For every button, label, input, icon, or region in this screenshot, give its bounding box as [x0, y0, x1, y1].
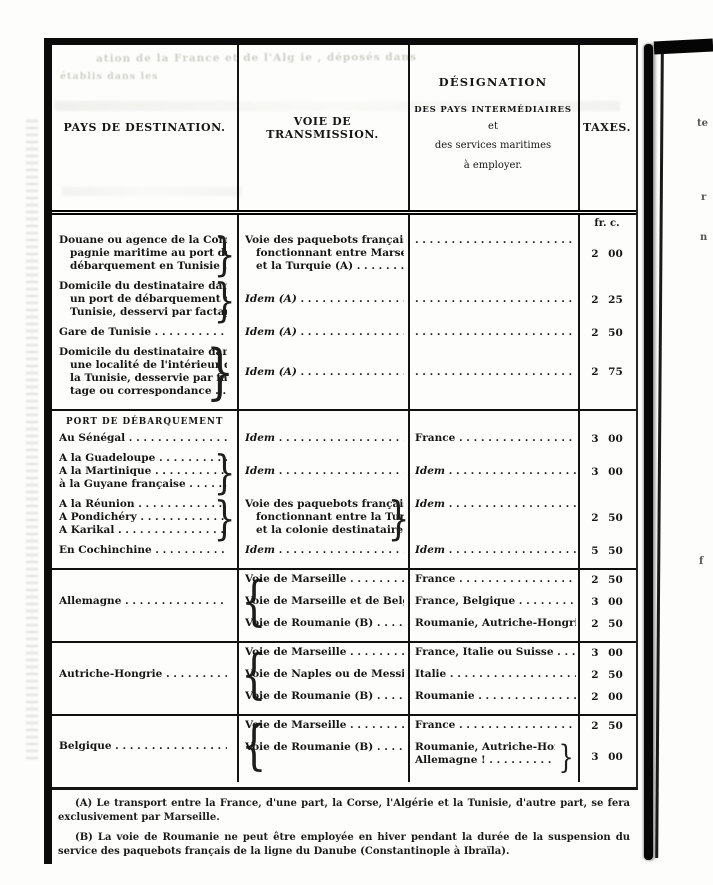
cell-text: France, Belgique	[415, 595, 515, 607]
pays-lines: Idem . . . . . . . . . . . . . . . . . .…	[415, 498, 576, 511]
row-subentries: Voie des paquebots françaisfonctionnant …	[237, 498, 636, 537]
brace-icon: }	[213, 277, 235, 323]
voie-line: Idem . . . . . . . . . . . . . . . . . .…	[245, 465, 404, 478]
cell-text: Voie de Roumanie (B)	[245, 741, 373, 753]
cell-text: fonctionnant entre Marseille	[256, 247, 404, 259]
cell-text: Idem	[415, 544, 445, 556]
next-page-top-border	[654, 38, 713, 54]
pays-lines: Idem . . . . . . . . . . . . . . . . . .…	[415, 544, 576, 557]
dot-leader: . . . . . . . . . . . . . . . . . . . . …	[162, 668, 227, 680]
row-subentries: {Voie de Marseille . . . . . . . . . . .…	[237, 573, 636, 630]
sub-row: Idem (A) . . . . . . . . . . . . . . . .…	[237, 366, 636, 379]
cell-text: tage ou correspondance	[70, 385, 212, 397]
taxe-value: 2 50	[578, 720, 636, 732]
dot-leader: . . . . . . . . . . . . . . . . . . . . …	[152, 544, 227, 556]
cell-text: Voie des paquebots français	[245, 234, 404, 246]
brace-icon: }	[213, 449, 235, 495]
sub-row: Idem . . . . . . . . . . . . . . . . . .…	[237, 432, 636, 445]
dot-leader: . . . . . . . . . . . . . . . . . . . . …	[515, 595, 576, 607]
pays-line: France, Italie ou Suisse . . . . . . . .…	[415, 646, 576, 659]
header-designation: DÉSIGNATION DES PAYS INTERMÉDIAIRES et d…	[408, 45, 578, 210]
row-subentries: Idem . . . . . . . . . . . . . . . . . .…	[237, 452, 636, 491]
table-section: Allemagne . . . . . . . . . . . . . . . …	[52, 568, 636, 641]
dot-leader: . . . . . . . . . . . . . . . . . . . . …	[373, 617, 404, 629]
destination-line: tage ou correspondance . . . . . . . . .…	[59, 385, 227, 398]
next-page-letter: n	[700, 232, 707, 243]
cell-text: fonctionnant entre la Turquie	[256, 511, 404, 523]
cell-text: Voie de Marseille	[245, 573, 346, 585]
pays-cell: Roumanie, Autriche-Hongrie,Allemagne ! .…	[408, 741, 578, 773]
sub-row: Voie de Roumanie (B) . . . . . . . . . .…	[237, 617, 636, 630]
cell-text: Voie de Roumanie (B)	[245, 617, 373, 629]
cell-text: Au Sénégal	[59, 432, 125, 444]
pays-line: France . . . . . . . . . . . . . . . . .…	[415, 432, 576, 445]
dot-leader: . . . . . . . . . . . . . . . . . . . . …	[373, 690, 404, 702]
footnotes: (A) Le transport entre la France, d'une …	[58, 797, 630, 865]
destination-line: Tunisie, desservi par factage.	[59, 306, 227, 319]
taxe-value: 5 50	[578, 545, 636, 557]
dot-leader: . . . . . . . . . . . . . . . . . . . . …	[297, 293, 404, 305]
sub-row: Idem . . . . . . . . . . . . . . . . . .…	[237, 465, 636, 478]
row-subentries: Idem (A) . . . . . . . . . . . . . . . .…	[237, 280, 636, 319]
destination-cell: Autriche-Hongrie . . . . . . . . . . . .…	[52, 646, 237, 703]
cell-text: Idem (A)	[245, 366, 297, 378]
cell-text: Italie	[415, 668, 446, 680]
row-subentries: {Voie de Marseille . . . . . . . . . . .…	[237, 646, 636, 703]
voie-line: Voie de Marseille . . . . . . . . . . . …	[245, 719, 404, 732]
voie-cell: Voie de Roumanie (B) . . . . . . . . . .…	[237, 741, 408, 754]
voie-line: fonctionnant entre la Turquie	[245, 511, 404, 524]
cell-text: Roumanie, Autriche-Hongrie,	[415, 741, 555, 753]
voie-cell: Idem . . . . . . . . . . . . . . . . . .…	[237, 465, 408, 478]
dot-leader: . . . . . . . . . . . . . . . . . . . . …	[121, 595, 227, 607]
pays-line: Idem . . . . . . . . . . . . . . . . . .…	[415, 544, 576, 557]
voie-line: Voie de Roumanie (B) . . . . . . . . . .…	[245, 690, 404, 703]
pays-cell: France, Italie ou Suisse . . . . . . . .…	[408, 646, 578, 659]
table-row: Au Sénégal . . . . . . . . . . . . . . .…	[52, 432, 636, 445]
voie-line: Voie de Marseille . . . . . . . . . . . …	[245, 573, 404, 586]
voie-line: Voie de Roumanie (B) . . . . . . . . . .…	[245, 741, 404, 754]
dot-leader: . . . . . . . . . . . . . . . . . . . . …	[445, 465, 576, 477]
taxe-value: 3 00	[578, 751, 636, 763]
row-subentries: Idem . . . . . . . . . . . . . . . . . .…	[237, 432, 636, 445]
taxe-value: 2 00	[578, 691, 636, 703]
dot-leader: . . . . . . . . . . . . . . . . . . . . …	[446, 668, 576, 680]
pays-cell: Idem . . . . . . . . . . . . . . . . . .…	[408, 544, 578, 557]
row-subentries: Idem . . . . . . . . . . . . . . . . . .…	[237, 544, 636, 557]
cell-text: la Tunisie, desservie par fac-	[70, 372, 227, 384]
cell-text: Douane ou agence de la Com-	[59, 234, 227, 246]
pays-line: France . . . . . . . . . . . . . . . . .…	[415, 573, 576, 586]
dot-leader: . . . . . . . . . . . . . . . . . . . . …	[297, 326, 404, 338]
cell-text: pagnie maritime au port de	[70, 247, 227, 259]
table-row: Gare de Tunisie . . . . . . . . . . . . …	[52, 326, 636, 339]
pays-line: Roumanie . . . . . . . . . . . . . . . .…	[415, 690, 576, 703]
pays-lines: Italie . . . . . . . . . . . . . . . . .…	[415, 668, 576, 681]
sub-row: Voie des paquebots françaisfonctionnant …	[237, 234, 636, 273]
taxe-value: 2 25	[578, 294, 636, 306]
cell-text: A la Réunion	[59, 498, 135, 510]
taxe-value: 2 50	[578, 574, 636, 586]
table-row: A la Guadeloupe . . . . . . . . . . . . …	[52, 452, 636, 491]
table-row: Douane ou agence de la Com-pagnie mariti…	[52, 234, 636, 273]
taxe-value: 2 50	[578, 669, 636, 681]
taxe-value: 2 50	[578, 512, 636, 524]
pays-line: France . . . . . . . . . . . . . . . . .…	[415, 719, 576, 732]
pays-lines: . . . . . . . . . . . . . . . . . . . . …	[415, 326, 576, 339]
voie-line: Voie des paquebots français	[245, 234, 404, 247]
tariff-table: PAYS DE DESTINATION. VOIE DE TRANSMISSIO…	[44, 38, 638, 790]
destination-line: A Pondichéry . . . . . . . . . . . . . .…	[59, 511, 227, 524]
cell-text: Idem	[415, 465, 445, 477]
cell-text: débarquement en Tunisie	[70, 260, 220, 272]
cell-text: Gare de Tunisie	[59, 326, 151, 338]
table-section: PORT DE DÉBARQUEMENT :Au Sénégal . . . .…	[52, 409, 636, 568]
table-section: Autriche-Hongrie . . . . . . . . . . . .…	[52, 641, 636, 714]
dot-leader: . . . . . . . . . . . . . . . . . . . . …	[275, 432, 404, 444]
taxe-value: 2 50	[578, 327, 636, 339]
voie-line: et la colonie destinataire . . . . . . .…	[245, 524, 404, 537]
brace-icon: }	[213, 231, 235, 277]
voie-line: Idem (A) . . . . . . . . . . . . . . . .…	[245, 293, 404, 306]
pays-lines: France . . . . . . . . . . . . . . . . .…	[415, 719, 576, 732]
cell-text: à la Guyane française	[59, 478, 186, 490]
destination-cell: Allemagne . . . . . . . . . . . . . . . …	[52, 573, 237, 630]
dot-leader: . . . . . . . . . . . . . . . . . . . . …	[373, 741, 404, 753]
cell-text: A la Martinique	[59, 465, 151, 477]
pays-cell: France . . . . . . . . . . . . . . . . .…	[408, 432, 578, 445]
cell-text: Voie de Marseille	[245, 646, 346, 658]
dot-leader: . . . . . . . . . . . . . . . . . . . . …	[415, 326, 576, 338]
header-label: TAXES.	[583, 121, 631, 134]
pays-cell: Roumanie . . . . . . . . . . . . . . . .…	[408, 690, 578, 703]
cell-text: et la Turquie (A)	[256, 260, 353, 272]
cell-text: France, Italie ou Suisse	[415, 646, 554, 658]
voie-cell: Idem (A) . . . . . . . . . . . . . . . .…	[237, 293, 408, 306]
voie-line: Idem . . . . . . . . . . . . . . . . . .…	[245, 432, 404, 445]
pays-line: Idem . . . . . . . . . . . . . . . . . .…	[415, 465, 576, 478]
dot-leader: . . . . . . . . . . . . . . . . . . . . …	[415, 366, 576, 378]
destination-line: Gare de Tunisie . . . . . . . . . . . . …	[59, 326, 227, 339]
pays-cell: . . . . . . . . . . . . . . . . . . . . …	[408, 366, 578, 379]
voie-line: Voie de Naples ou de Messine.	[245, 668, 404, 681]
destination-line: pagnie maritime au port de	[59, 247, 227, 260]
dot-leader: . . . . . . . . . . . . . . . . . . . . …	[455, 432, 576, 444]
pays-lines: France, Belgique . . . . . . . . . . . .…	[415, 595, 576, 608]
cell-text: A la Guadeloupe	[59, 452, 155, 464]
destination-line: A Karikal . . . . . . . . . . . . . . . …	[59, 524, 227, 537]
next-page-left-border	[655, 54, 663, 858]
pays-line: France, Belgique . . . . . . . . . . . .…	[415, 595, 576, 608]
header-label: DES PAYS INTERMÉDIAIRES	[414, 105, 572, 115]
voie-cell: Voie de Naples ou de Messine.	[237, 668, 408, 681]
voie-line: et la Turquie (A) . . . . . . . . . . . …	[245, 260, 404, 273]
destination-line: une localité de l'intérieur de	[59, 359, 227, 372]
taxe-value: 2 75	[578, 366, 636, 378]
cell-text: Allemagne !	[415, 754, 486, 766]
destination-cell: Au Sénégal . . . . . . . . . . . . . . .…	[52, 432, 237, 445]
cell-text: France	[415, 719, 455, 731]
header-label: à employer.	[464, 160, 523, 171]
dot-leader: . . . . . . . . . . . . . . . . . . . . …	[297, 366, 404, 378]
footnote: (A) Le transport entre la France, d'une …	[58, 797, 630, 824]
pays-lines: Roumanie, Autriche-Hongrie,Allemagne ! .…	[415, 741, 555, 767]
voie-cell: Voie de Marseille . . . . . . . . . . . …	[237, 719, 408, 732]
pays-cell: Idem . . . . . . . . . . . . . . . . . .…	[408, 465, 578, 478]
brace-icon: }	[213, 495, 235, 541]
destination-line: Au Sénégal . . . . . . . . . . . . . . .…	[59, 432, 227, 445]
next-page-letter: f	[699, 556, 703, 567]
sub-row: Idem . . . . . . . . . . . . . . . . . .…	[237, 544, 636, 557]
pays-cell: . . . . . . . . . . . . . . . . . . . . …	[408, 293, 578, 306]
currency-note: fr. c.	[578, 218, 636, 233]
pays-cell: France . . . . . . . . . . . . . . . . .…	[408, 573, 578, 586]
cell-text: France	[415, 573, 455, 585]
destination-line: Belgique . . . . . . . . . . . . . . . .…	[59, 740, 227, 753]
pays-lines: . . . . . . . . . . . . . . . . . . . . …	[415, 366, 576, 379]
pays-cell: Roumanie, Autriche-Hongrie. . . . . . . …	[408, 617, 578, 630]
pays-line: Idem . . . . . . . . . . . . . . . . . .…	[415, 498, 576, 511]
taxe-value: 2 00	[578, 248, 636, 260]
next-page-letter: r	[701, 192, 706, 203]
footnote: (B) La voie de Roumanie ne peut être emp…	[58, 831, 630, 858]
dot-leader: . . . . . . . . . . . . . . . . . . . . …	[445, 544, 576, 556]
row-subentries: Voie des paquebots françaisfonctionnant …	[237, 234, 636, 273]
cell-text: Voie des paquebots français	[245, 498, 404, 510]
dot-leader: . . . . . . . . . . . . . . . . . . . . …	[112, 740, 227, 752]
destination-cell: A la Réunion . . . . . . . . . . . . . .…	[52, 498, 237, 537]
sub-row: Idem (A) . . . . . . . . . . . . . . . .…	[237, 326, 636, 339]
table-row: Domicile du destinataire dansune localit…	[52, 346, 636, 398]
destination-line: Domicile du destinataire dans	[59, 346, 227, 359]
taxe-value: 3 00	[578, 596, 636, 608]
voie-cell: Voie de Roumanie (B) . . . . . . . . . .…	[237, 617, 408, 630]
dot-leader: . . . . . . . . . . . . . . . . . . . . …	[114, 524, 227, 536]
table-row: En Cochinchine . . . . . . . . . . . . .…	[52, 544, 636, 557]
taxe-value: 3 00	[578, 647, 636, 659]
row-subentries: Idem (A) . . . . . . . . . . . . . . . .…	[237, 326, 636, 339]
dot-leader: . . . . . . . . . . . . . . . . . . . . …	[125, 432, 227, 444]
pays-lines: . . . . . . . . . . . . . . . . . . . . …	[415, 234, 576, 247]
voie-line: Voie de Marseille . . . . . . . . . . . …	[245, 646, 404, 659]
destination-line: Allemagne . . . . . . . . . . . . . . . …	[59, 595, 227, 608]
header-label: et	[488, 121, 498, 132]
sub-row: Voie de Marseille . . . . . . . . . . . …	[237, 719, 636, 732]
destination-line: Autriche-Hongrie . . . . . . . . . . . .…	[59, 668, 227, 681]
voie-line: fonctionnant entre Marseille	[245, 247, 404, 260]
sub-row: Idem (A) . . . . . . . . . . . . . . . .…	[237, 293, 636, 306]
dot-leader: . . . . . . . . . . . . . . . . . . . . …	[346, 719, 404, 731]
voie-cell: Voie des paquebots françaisfonctionnant …	[237, 234, 408, 273]
cell-text: Idem	[245, 432, 275, 444]
table-row: Domicile du destinataire dansun port de …	[52, 280, 636, 319]
dot-leader: . . . . . . . . . . . . . . . . . . . . …	[353, 260, 404, 272]
destination-line: un port de débarquement en	[59, 293, 227, 306]
voie-line: Voie de Marseille et de Belgique.	[245, 595, 404, 608]
cell-text: Domicile du destinataire dans	[59, 280, 227, 292]
header-label: PAYS DE DESTINATION.	[63, 121, 225, 134]
sub-row: Voie de Roumanie (B) . . . . . . . . . .…	[237, 741, 636, 773]
book-gutter-shadow	[644, 44, 653, 860]
table-header: PAYS DE DESTINATION. VOIE DE TRANSMISSIO…	[52, 45, 636, 215]
pays-cell: Italie . . . . . . . . . . . . . . . . .…	[408, 668, 578, 681]
cell-text: En Cochinchine	[59, 544, 152, 556]
voie-cell: Idem (A) . . . . . . . . . . . . . . . .…	[237, 366, 408, 379]
pays-cell: France . . . . . . . . . . . . . . . . .…	[408, 719, 578, 732]
pays-lines: France . . . . . . . . . . . . . . . . .…	[415, 573, 576, 586]
section-heading: PORT DE DÉBARQUEMENT :	[52, 414, 223, 432]
header-label: VOIE DE TRANSMISSION.	[237, 115, 408, 141]
destination-line: A la Martinique . . . . . . . . . . . . …	[59, 465, 227, 478]
pays-lines: France, Italie ou Suisse . . . . . . . .…	[415, 646, 576, 659]
cell-text: Idem	[245, 465, 275, 477]
pays-line: . . . . . . . . . . . . . . . . . . . . …	[415, 366, 576, 379]
destination-cell: En Cochinchine . . . . . . . . . . . . .…	[52, 544, 237, 557]
dot-leader: . . . . . . . . . . . . . . . . . . . . …	[346, 573, 404, 585]
sub-row: Voie de Naples ou de Messine.Italie . . …	[237, 668, 636, 681]
table-section: fr. c.Douane ou agence de la Com-pagnie …	[52, 215, 636, 409]
voie-cell: Voie de Marseille . . . . . . . . . . . …	[237, 573, 408, 586]
pays-cell: . . . . . . . . . . . . . . . . . . . . …	[408, 234, 578, 247]
destination-line: débarquement en Tunisie . . . . . . . . …	[59, 260, 227, 273]
cell-text: et la colonie destinataire	[256, 524, 403, 536]
sub-row: Voie de Roumanie (B) . . . . . . . . . .…	[237, 690, 636, 703]
table-row: Autriche-Hongrie . . . . . . . . . . . .…	[52, 646, 636, 703]
taxe-value: 3 00	[578, 466, 636, 478]
sub-row: Voie de Marseille . . . . . . . . . . . …	[237, 573, 636, 586]
table-row: Allemagne . . . . . . . . . . . . . . . …	[52, 573, 636, 630]
cell-text: Domicile du destinataire dans	[59, 346, 227, 358]
cell-text: Autriche-Hongrie	[59, 668, 162, 680]
cell-text: Allemagne	[59, 595, 121, 607]
dot-leader: . . . . . . . . . . . . . . . . . . . . …	[554, 646, 576, 658]
pays-lines: Roumanie, Autriche-Hongrie. . . . . . . …	[415, 617, 576, 630]
page-frame-left-bar	[44, 788, 52, 864]
header-voie-de-transmission: VOIE DE TRANSMISSION.	[237, 45, 408, 210]
voie-cell: Idem . . . . . . . . . . . . . . . . . .…	[237, 432, 408, 445]
pays-line: . . . . . . . . . . . . . . . . . . . . …	[415, 234, 576, 247]
pays-cell: . . . . . . . . . . . . . . . . . . . . …	[408, 326, 578, 339]
table-body: fr. c.Douane ou agence de la Com-pagnie …	[52, 215, 636, 782]
dot-leader: . . . . . . . . . . . . . . . . . . . . …	[415, 234, 576, 246]
destination-cell: Douane ou agence de la Com-pagnie mariti…	[52, 234, 237, 273]
destination-cell: Belgique . . . . . . . . . . . . . . . .…	[52, 719, 237, 773]
cell-text: Voie de Naples ou de Messine.	[245, 668, 404, 680]
taxe-value: 3 00	[578, 433, 636, 445]
cell-text: Belgique	[59, 740, 112, 752]
scanned-document-page: ation de la France et de l'Alg ie , dépo…	[0, 0, 713, 885]
next-page-letter: te	[697, 118, 708, 129]
cell-text: Voie de Marseille	[245, 719, 346, 731]
voie-line: Idem (A) . . . . . . . . . . . . . . . .…	[245, 366, 404, 379]
voie-line: Idem . . . . . . . . . . . . . . . . . .…	[245, 544, 404, 557]
spacer	[52, 218, 578, 233]
dot-leader: . . . . . . . . . . . . . . . . . . . . …	[445, 498, 576, 510]
dot-leader: . . . . . . . . . . . . . . . . . . . . …	[455, 719, 576, 731]
voie-cell: Voie de Roumanie (B) . . . . . . . . . .…	[237, 690, 408, 703]
dot-leader: . . . . . . . . . . . . . . . . . . . . …	[455, 573, 576, 585]
cell-text: Idem (A)	[245, 293, 297, 305]
voie-line: Voie des paquebots français	[245, 498, 404, 511]
brace-icon: }	[387, 495, 409, 541]
header-label: des services maritimes	[435, 140, 551, 151]
pays-line: . . . . . . . . . . . . . . . . . . . . …	[415, 293, 576, 306]
dot-leader: . . . . . . . . . . . . . . . . . . . . …	[415, 293, 576, 305]
cell-text: A Pondichéry	[59, 511, 137, 523]
pays-lines: France . . . . . . . . . . . . . . . . .…	[415, 432, 576, 445]
sub-row: Voie de Marseille . . . . . . . . . . . …	[237, 646, 636, 659]
cell-text: Idem	[415, 498, 445, 510]
brace-icon: }	[558, 741, 573, 773]
header-label: DÉSIGNATION	[439, 75, 548, 89]
cell-text: Voie de Marseille et de Belgique.	[245, 595, 404, 607]
cell-text: A Karikal	[59, 524, 114, 536]
table-row: A la Réunion . . . . . . . . . . . . . .…	[52, 498, 636, 537]
destination-line: à la Guyane française . . . . . . . . . …	[59, 478, 227, 491]
taxe-value: 2 50	[578, 618, 636, 630]
destination-line: Domicile du destinataire dans	[59, 280, 227, 293]
brace-icon: }	[206, 342, 235, 402]
pays-line: Allemagne ! . . . . . . . . . . . . . . …	[415, 754, 555, 767]
currency-row: fr. c.	[52, 218, 636, 233]
dot-leader: . . . . . . . . . . . . . . . . . . . . …	[475, 690, 576, 702]
pays-cell: France, Belgique . . . . . . . . . . . .…	[408, 595, 578, 608]
voie-cell: Voie de Marseille . . . . . . . . . . . …	[237, 646, 408, 659]
voie-cell: Idem (A) . . . . . . . . . . . . . . . .…	[237, 326, 408, 339]
voie-cell: Voie des paquebots françaisfonctionnant …	[237, 498, 408, 537]
pays-lines: . . . . . . . . . . . . . . . . . . . . …	[415, 293, 576, 306]
header-pays-de-destination: PAYS DE DESTINATION.	[52, 45, 237, 210]
destination-line: En Cochinchine . . . . . . . . . . . . .…	[59, 544, 227, 557]
voie-line: Idem (A) . . . . . . . . . . . . . . . .…	[245, 326, 404, 339]
dot-leader: . . . . . . . . . . . . . . . . . . . . …	[275, 544, 404, 556]
table-row: Belgique . . . . . . . . . . . . . . . .…	[52, 719, 636, 773]
page-left-edge-texture	[26, 120, 38, 760]
cell-text: Roumanie, Autriche-Hongrie.	[415, 617, 576, 629]
destination-cell: Domicile du destinataire dansune localit…	[52, 346, 237, 398]
cell-text: un port de débarquement en	[70, 293, 227, 305]
pays-cell: Idem . . . . . . . . . . . . . . . . . .…	[408, 498, 578, 511]
cell-text: Idem	[245, 544, 275, 556]
cell-text: Voie de Roumanie (B)	[245, 690, 373, 702]
pays-lines: Roumanie . . . . . . . . . . . . . . . .…	[415, 690, 576, 703]
pays-line: Roumanie, Autriche-Hongrie. . . . . . . …	[415, 617, 576, 630]
dot-leader: . . . . . . . . . . . . . . . . . . . . …	[486, 754, 555, 766]
dot-leader: . . . . . . . . . . . . . . . . . . . . …	[275, 465, 404, 477]
pays-line: Roumanie, Autriche-Hongrie,	[415, 741, 555, 754]
destination-cell: A la Guadeloupe . . . . . . . . . . . . …	[52, 452, 237, 491]
header-taxes: TAXES.	[578, 45, 636, 210]
sub-row: Voie des paquebots françaisfonctionnant …	[237, 498, 636, 537]
cell-text: une localité de l'intérieur de	[70, 359, 227, 371]
destination-line: la Tunisie, desservie par fac-	[59, 372, 227, 385]
pays-line: . . . . . . . . . . . . . . . . . . . . …	[415, 326, 576, 339]
destination-cell: Domicile du destinataire dansun port de …	[52, 280, 237, 319]
cell-text: Idem (A)	[245, 326, 297, 338]
cell-text: Roumanie	[415, 690, 475, 702]
cell-text: Tunisie, desservi par factage.	[70, 306, 227, 318]
sub-row: Voie de Marseille et de Belgique.France,…	[237, 595, 636, 608]
destination-line: A la Réunion . . . . . . . . . . . . . .…	[59, 498, 227, 511]
voie-cell: Voie de Marseille et de Belgique.	[237, 595, 408, 608]
cell-text: France	[415, 432, 455, 444]
pays-lines: Idem . . . . . . . . . . . . . . . . . .…	[415, 465, 576, 478]
row-subentries: Idem (A) . . . . . . . . . . . . . . . .…	[237, 346, 636, 398]
destination-line: Douane ou agence de la Com-	[59, 234, 227, 247]
voie-cell: Idem . . . . . . . . . . . . . . . . . .…	[237, 544, 408, 557]
pays-line: Italie . . . . . . . . . . . . . . . . .…	[415, 668, 576, 681]
row-subentries: {Voie de Marseille . . . . . . . . . . .…	[237, 719, 636, 773]
